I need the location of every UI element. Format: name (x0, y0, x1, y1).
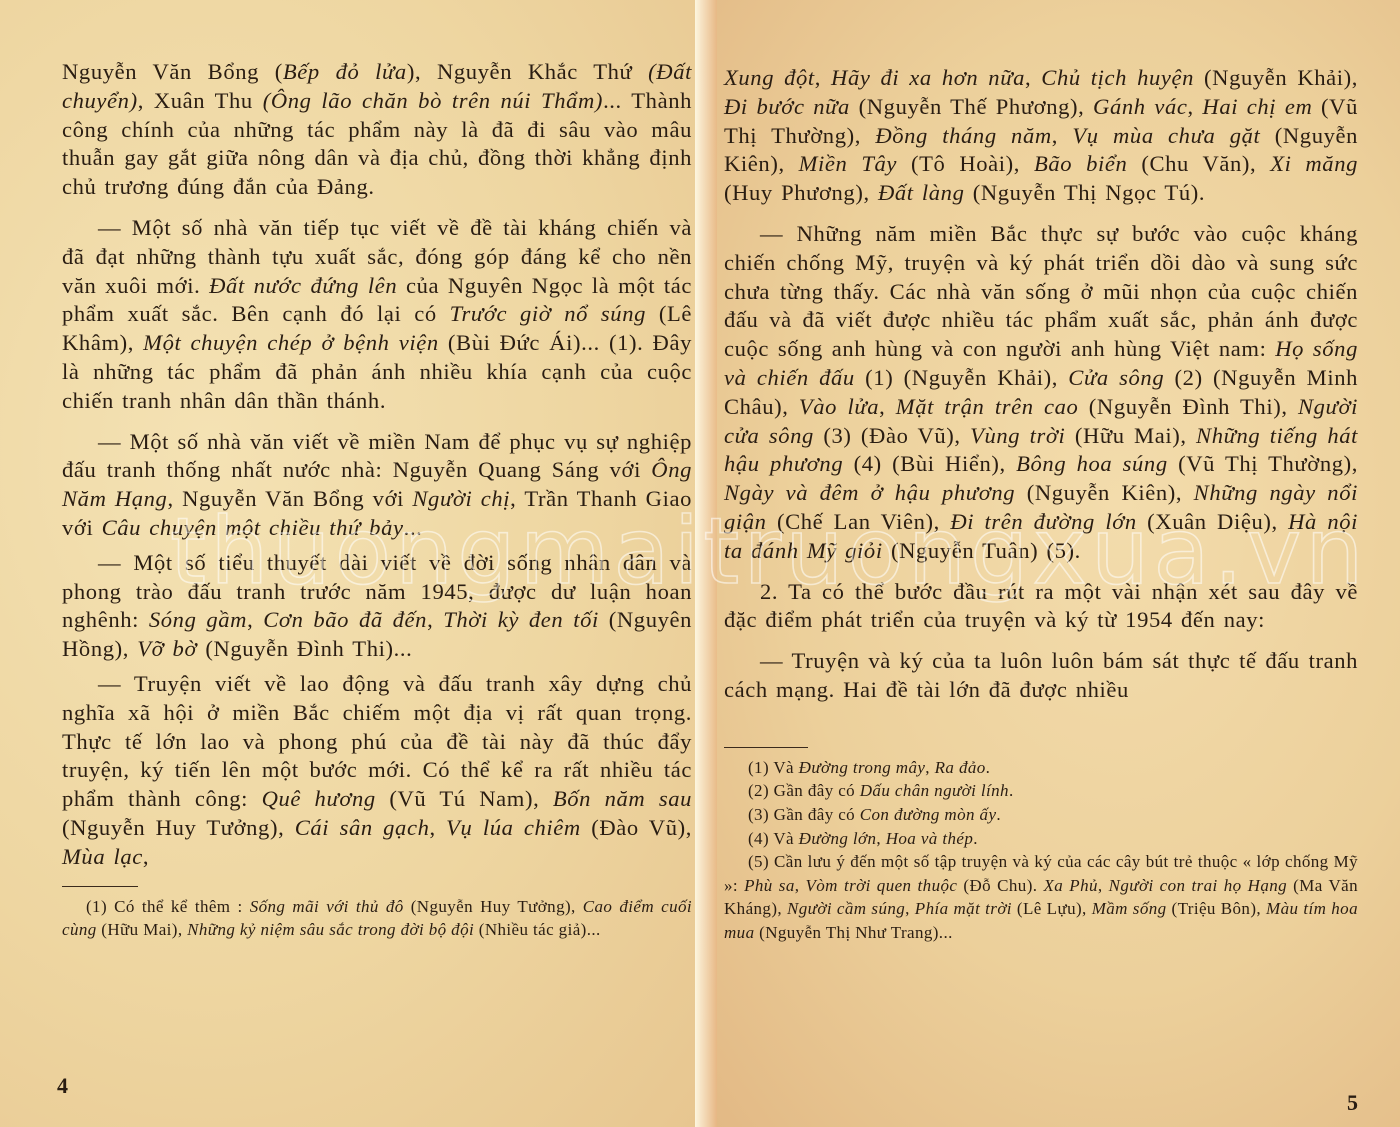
italic-title: Vỡ bờ (137, 636, 197, 661)
italic-title: Thời kỳ đen tối (443, 607, 599, 632)
italic-title: Con đường mòn ấy (860, 805, 997, 824)
italic-title: Gánh vác (1093, 94, 1187, 119)
italic-title: Chủ tịch huyện (1041, 65, 1194, 90)
footnote: (2) Gần đây có Dấu chân người lính. (724, 779, 1358, 803)
book-spread: Nguyễn Văn Bổng (Bếp đỏ lửa), Nguyễn Khắ… (0, 0, 1400, 1127)
italic-title: Câu chuyện một chiều thứ bảy (102, 515, 404, 540)
footnote-divider (724, 747, 808, 748)
footnote: (1) Và Đường trong mây, Ra đảo. (724, 756, 1358, 780)
left-body: Nguyễn Văn Bổng (Bếp đỏ lửa), Nguyễn Khắ… (62, 58, 692, 872)
paragraph: — Một số tiểu thuyết dài viết về đời sốn… (62, 549, 692, 664)
italic-title: Xa Phủ (1044, 876, 1098, 895)
italic-title: Ngày và đêm ở hậu phương (724, 480, 1015, 505)
italic-title: Sống mãi với thủ đô (250, 897, 404, 916)
left-page: Nguyễn Văn Bổng (Bếp đỏ lửa), Nguyễn Khắ… (0, 0, 700, 1127)
italic-title: Quê hương (262, 786, 376, 811)
italic-title: Hãy đi xa hơn nữa (831, 65, 1025, 90)
italic-title: Hoa và thép (886, 829, 974, 848)
italic-title: Cơn bão đã đến (263, 607, 427, 632)
italic-title: Bốn năm sau (553, 786, 692, 811)
paragraph: — Những năm miền Bắc thực sự bước vào cu… (724, 220, 1358, 566)
italic-title: Mùa lạc (62, 844, 143, 869)
page-number: 5 (1347, 1090, 1358, 1116)
paragraph: Nguyễn Văn Bổng (Bếp đỏ lửa), Nguyễn Khắ… (62, 58, 692, 202)
paragraph: — Truyện và ký của ta luôn luôn bám sát … (724, 647, 1358, 705)
italic-title: Mặt trận trên cao (896, 394, 1079, 419)
italic-title: Đường trong mây (799, 758, 926, 777)
paragraph: Xung đột, Hãy đi xa hơn nữa, Chủ tịch hu… (724, 64, 1358, 208)
italic-title: Đi bước nữa (724, 94, 850, 119)
italic-title: Vụ lúa chiêm (446, 815, 581, 840)
italic-title: Phù sa (744, 876, 795, 895)
italic-title: Phía mặt trời (915, 899, 1012, 918)
right-page: Xung đột, Hãy đi xa hơn nữa, Chủ tịch hu… (700, 0, 1400, 1127)
footnote: (5) Cần lưu ý đến một số tập truyện và k… (724, 850, 1358, 944)
book-gutter (695, 0, 717, 1127)
italic-title: Người cầm súng (787, 899, 905, 918)
italic-title: Xi măng (1270, 151, 1358, 176)
paragraph: — Truyện viết về lao động và đấu tranh x… (62, 670, 692, 872)
right-body: Xung đột, Hãy đi xa hơn nữa, Chủ tịch hu… (724, 64, 1358, 705)
italic-title: Ông Năm Hạng (62, 457, 692, 511)
footnote-divider (62, 886, 138, 887)
italic-title: Ra đảo (935, 758, 986, 777)
italic-title: Dấu chân người lính (860, 781, 1009, 800)
italic-title: Bông hoa súng (1016, 451, 1168, 476)
italic-title: Vụ mùa chưa gặt (1072, 123, 1260, 148)
paragraph: — Một số nhà văn viết về miền Nam để phụ… (62, 428, 692, 543)
italic-title: Cái sân gạch (295, 815, 430, 840)
italic-title: (Ông lão chăn bò trên núi Thẩm) (263, 88, 603, 113)
footnote: (1) Có thể kể thêm : Sống mãi với thủ đô… (62, 895, 692, 942)
footnote: (3) Gần đây có Con đường mòn ấy. (724, 803, 1358, 827)
italic-title: Họ sống và chiến đấu (724, 336, 1358, 390)
page-number: 4 (57, 1073, 68, 1099)
italic-title: Đồng tháng năm (875, 123, 1051, 148)
italic-title: Hai chị em (1202, 94, 1312, 119)
italic-title: Trước giờ nổ súng (450, 301, 646, 326)
italic-title: Vào lửa (799, 394, 879, 419)
italic-title: Đi trên đường lớn (950, 509, 1136, 534)
paragraph: — Một số nhà văn tiếp tục viết về đề tài… (62, 214, 692, 416)
italic-title: Đường lớn (799, 829, 877, 848)
italic-title: Mầm sống (1092, 899, 1167, 918)
italic-title: Một chuyện chép ở bệnh viện (143, 330, 439, 355)
paragraph: 2. Ta có thể bước đầu rút ra một vài nhậ… (724, 578, 1358, 636)
italic-title: Cửa sông (1068, 365, 1164, 390)
italic-title: Sóng gầm (149, 607, 247, 632)
italic-title: Xung đột (724, 65, 815, 90)
italic-title: Đất nước đứng lên (209, 273, 397, 298)
italic-title: Đất làng (878, 180, 965, 205)
italic-title: Vòm trời quen thuộc (806, 876, 958, 895)
italic-title: Miền Tây (799, 151, 897, 176)
italic-title: Những kỷ niệm sâu sắc trong đời bộ đội (187, 920, 474, 939)
italic-title: Người chị (412, 486, 510, 511)
footnote: (4) Và Đường lớn, Hoa và thép. (724, 827, 1358, 851)
italic-title: Người con trai họ Hạng (1109, 876, 1287, 895)
italic-title: Bão biển (1034, 151, 1127, 176)
italic-title: Bếp đỏ lửa (283, 59, 407, 84)
italic-title: Vùng trời (970, 423, 1065, 448)
